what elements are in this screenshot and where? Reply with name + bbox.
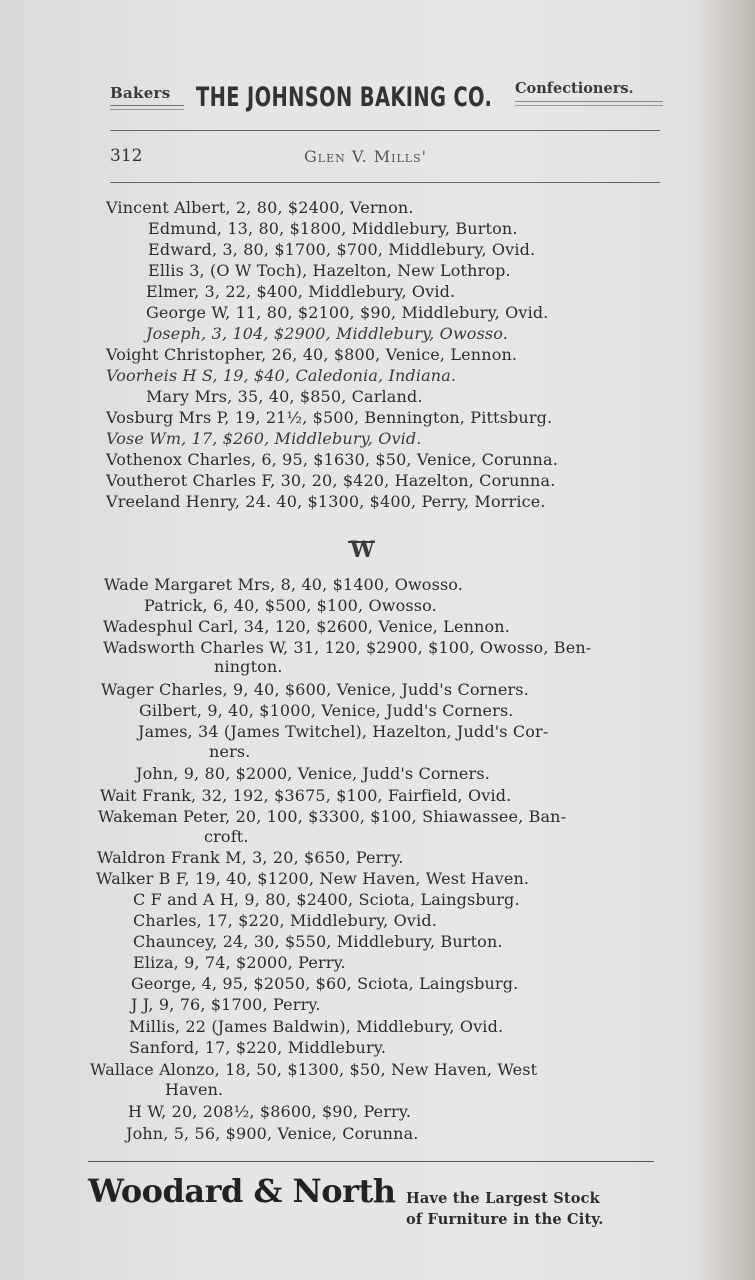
list-item: Voutherot Charles F, 30, 20, $420, Hazel… (106, 471, 555, 491)
list-item: George, 4, 95, $2050, $60, Sciota, Laing… (131, 974, 518, 994)
list-item: Mary Mrs, 35, 40, $850, Carland. (146, 387, 423, 407)
footer-rule (88, 1161, 654, 1162)
list-item: Voight Christopher, 26, 40, $800, Venice… (106, 345, 517, 365)
list-item: Eliza, 9, 74, $2000, Perry. (133, 953, 346, 973)
list-item: George W, 11, 80, $2100, $90, Middlebury… (146, 303, 549, 323)
list-item: nington. (214, 657, 283, 677)
list-item: Millis, 22 (James Baldwin), Middlebury, … (129, 1017, 503, 1037)
list-item: Walker B F, 19, 40, $1200, New Haven, We… (96, 869, 529, 889)
list-item: ners. (209, 742, 250, 762)
list-item: Wait Frank, 32, 192, $3675, $100, Fairfi… (100, 786, 511, 806)
list-item: croft. (204, 827, 249, 847)
list-item: Wadesphul Carl, 34, 120, $2600, Venice, … (103, 617, 510, 637)
header-advertisement: Bakers THE JOHNSON BAKING CO. Confection… (110, 80, 662, 120)
head-rule (110, 182, 660, 183)
ad-label-bakers: Bakers (110, 84, 170, 102)
list-item: Edward, 3, 80, $1700, $700, Middlebury, … (148, 240, 535, 260)
list-item: Sanford, 17, $220, Middlebury. (129, 1038, 386, 1058)
running-head-title: Glen V. Mills' (304, 147, 427, 166)
list-item: Wakeman Peter, 20, 100, $3300, $100, Shi… (98, 807, 566, 827)
list-item: Waldron Frank M, 3, 20, $650, Perry. (97, 848, 404, 868)
list-item: Vosburg Mrs P, 19, 21½, $500, Bennington… (106, 408, 552, 428)
directory-page: Bakers THE JOHNSON BAKING CO. Confection… (0, 0, 755, 1280)
ad-tagline-line-1: Have the Largest Stock (406, 1190, 600, 1207)
list-item: Wade Margaret Mrs, 8, 40, $1400, Owosso. (104, 575, 463, 595)
ad-company-name: THE JOHNSON BAKING CO. (196, 82, 492, 113)
list-item: Voorheis H S, 19, $40, Caledonia, Indian… (106, 366, 456, 386)
list-item: Gilbert, 9, 40, $1000, Venice, Judd's Co… (139, 701, 514, 721)
list-item: Edmund, 13, 80, $1800, Middlebury, Burto… (148, 219, 518, 239)
list-item: C F and A H, 9, 80, $2400, Sciota, Laing… (133, 890, 520, 910)
list-item: Haven. (165, 1080, 223, 1100)
list-item: Wadsworth Charles W, 31, 120, $2900, $10… (103, 638, 591, 658)
page-number: 312 (110, 146, 142, 166)
list-item: Vincent Albert, 2, 80, $2400, Vernon. (106, 198, 414, 218)
list-item: Vose Wm, 17, $260, Middlebury, Ovid. (106, 429, 422, 449)
list-item: James, 34 (James Twitchel), Hazelton, Ju… (138, 722, 548, 742)
section-letter-w: W (350, 537, 373, 563)
list-item: Ellis 3, (O W Toch), Hazelton, New Lothr… (148, 261, 511, 281)
ad-underline (110, 105, 184, 110)
list-item: Vreeland Henry, 24. 40, $1300, $400, Per… (106, 492, 546, 512)
ad-label-confectioners: Confectioners. (515, 80, 634, 97)
ad-tagline-line-2: of Furniture in the City. (406, 1211, 604, 1228)
list-item: Wallace Alonzo, 18, 50, $1300, $50, New … (90, 1060, 537, 1080)
list-item: H W, 20, 208½, $8600, $90, Perry. (128, 1102, 411, 1122)
list-item: Chauncey, 24, 30, $550, Middlebury, Burt… (133, 932, 503, 952)
list-item: Elmer, 3, 22, $400, Middlebury, Ovid. (146, 282, 455, 302)
top-rule (110, 130, 660, 131)
footer-advertisement: Woodard & North Have the Largest Stock o… (88, 1172, 654, 1232)
list-item: Joseph, 3, 104, $2900, Middlebury, Owoss… (146, 324, 508, 344)
list-item: Wager Charles, 9, 40, $600, Venice, Judd… (101, 680, 529, 700)
list-item: Charles, 17, $220, Middlebury, Ovid. (133, 911, 437, 931)
list-item: Vothenox Charles, 6, 95, $1630, $50, Ven… (106, 450, 558, 470)
list-item: J J, 9, 76, $1700, Perry. (131, 995, 321, 1015)
list-item: Patrick, 6, 40, $500, $100, Owosso. (144, 596, 437, 616)
ad-underline (515, 101, 663, 106)
list-item: John, 9, 80, $2000, Venice, Judd's Corne… (136, 764, 490, 784)
list-item: John, 5, 56, $900, Venice, Corunna. (126, 1124, 419, 1144)
running-head: 312 Glen V. Mills' (110, 143, 660, 171)
ad-firm-name: Woodard & North (88, 1172, 396, 1210)
